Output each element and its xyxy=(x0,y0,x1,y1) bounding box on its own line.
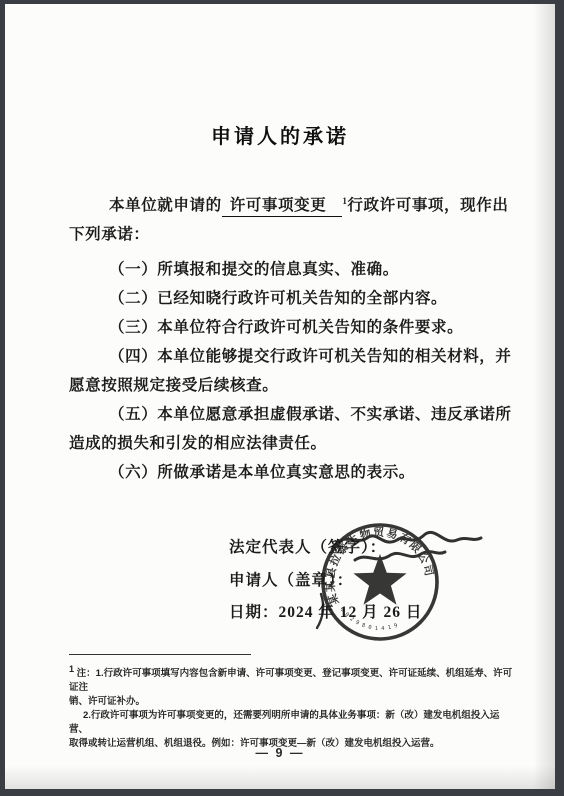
intro-tail: 行政许可事项，现作出 xyxy=(347,197,508,214)
footnote-line-1: 1 注：1.行政许可事项填写内容包含新申请、许可事项变更、登记事项变更、许可证延… xyxy=(69,662,515,695)
document-title: 申请人的承诺 xyxy=(5,120,555,149)
intro-line-2: 下列承诺： xyxy=(69,220,509,249)
footnote-marker: 1 xyxy=(69,664,74,674)
scanned-document: { "frame_color": "#3a3e44", "ink_color":… xyxy=(0,0,564,796)
document-body: 本单位就申请的许可事项变更1行政许可事项，现作出 下列承诺： （一）所填报和提交… xyxy=(69,187,509,487)
document-page: 申请人的承诺 本单位就申请的许可事项变更1行政许可事项，现作出 下列承诺： （一… xyxy=(5,4,555,789)
list-item-4-line-1: （四）本单位能够提交行政许可机关告知的相关材料，并 xyxy=(69,342,509,371)
footnote-line-3: 2.行政许可事项为许可事项变更的，还需要列明所申请的具体业务事项：新（改）建发电… xyxy=(69,709,515,737)
seal-star-icon xyxy=(353,554,406,605)
footnote-text-1: 注：1.行政许可事项填写内容包含新申请、许可事项变更、登记事项变更、许可证延续、… xyxy=(69,668,512,693)
list-item-5-line-1: （五）本单位愿意承担虚假承诺、不实承诺、违反承诺所 xyxy=(69,400,509,429)
page-number: — 9 — xyxy=(5,746,555,760)
filled-in-blank: 许可事项变更 xyxy=(222,196,343,217)
list-item-4-line-2: 愿意按照规定接受后续核查。 xyxy=(69,371,509,400)
intro-lead: 本单位就申请的 xyxy=(109,197,222,214)
list-item-2: （二）已经知晓行政许可机关告知的全部内容。 xyxy=(69,284,509,313)
company-seal: 某某县拉泰生物贸易有限公司 1029801419 xyxy=(205,502,505,664)
footnote-line-2: 销、许可证补办。 xyxy=(69,695,515,709)
list-item-1: （一）所填报和提交的信息真实、准确。 xyxy=(69,255,509,284)
list-item-6: （六）所做承诺是本单位真实意思的表示。 xyxy=(69,458,509,487)
list-item-3: （三）本单位符合行政许可机关告知的条件要求。 xyxy=(69,313,509,342)
intro-line-1: 本单位就申请的许可事项变更1行政许可事项，现作出 xyxy=(69,187,509,220)
footnote-block: 1 注：1.行政许可事项填写内容包含新申请、许可事项变更、登记事项变更、许可证延… xyxy=(69,654,515,751)
list-item-5-line-2: 造成的损失和引发的相应法律责任。 xyxy=(69,429,509,458)
commitment-list: （一）所填报和提交的信息真实、准确。 （二）已经知晓行政许可机关告知的全部内容。… xyxy=(69,255,509,487)
